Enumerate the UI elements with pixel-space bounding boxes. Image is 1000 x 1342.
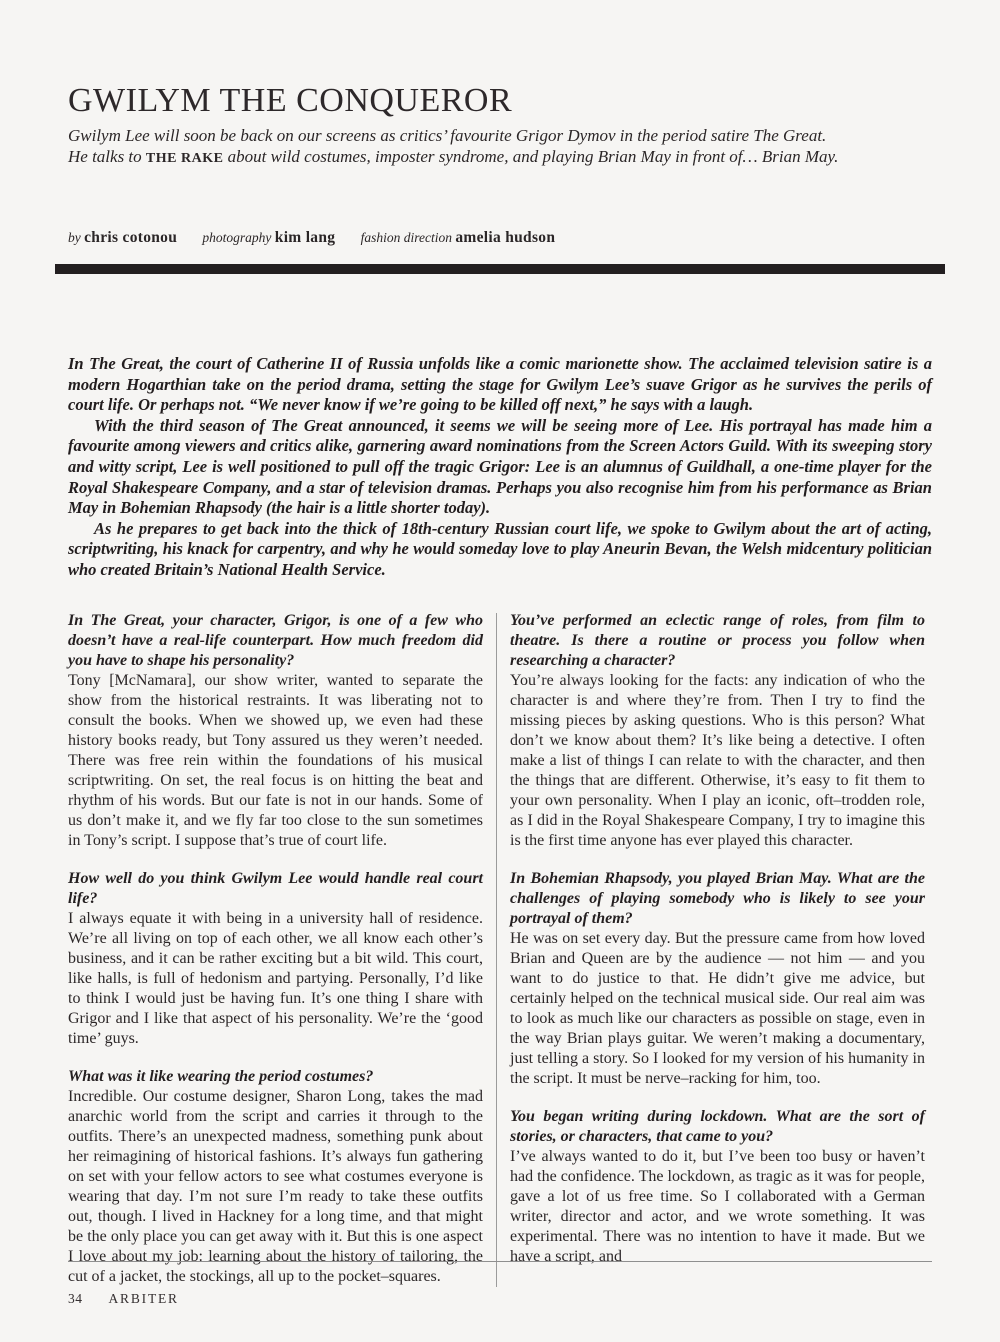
magazine-name: ARBITER bbox=[109, 1291, 179, 1306]
interview-question: You’ve performed an eclectic range of ro… bbox=[510, 611, 925, 671]
byline: by chris cotonou photography kim lang fa… bbox=[68, 229, 932, 247]
interview-answer: He was on set every day. But the pressur… bbox=[510, 929, 925, 1089]
thick-divider-rule bbox=[55, 264, 945, 274]
interview-answer: Incredible. Our costume designer, Sharon… bbox=[68, 1087, 483, 1287]
interview-answer: Tony [McNamara], our show writer, wanted… bbox=[68, 671, 483, 851]
intro-paragraph: As he prepares to get back into the thic… bbox=[68, 519, 932, 581]
column-divider-rule bbox=[496, 613, 497, 1287]
qa-columns: In The Great, your character, Grigor, is… bbox=[68, 611, 932, 1287]
byline-fashion-label: fashion direction bbox=[361, 230, 456, 245]
dek-line-2-pre: He talks to bbox=[68, 147, 146, 166]
dek-line-1: Gwilym Lee will soon be back on our scre… bbox=[68, 125, 932, 146]
page-content: GWILYM THE CONQUEROR Gwilym Lee will soo… bbox=[0, 84, 1000, 1287]
article-title: GWILYM THE CONQUEROR bbox=[68, 84, 932, 118]
qa-block: What was it like wearing the period cost… bbox=[68, 1067, 483, 1287]
qa-column-left: In The Great, your character, Grigor, is… bbox=[68, 611, 483, 1287]
intro-standfirst: In The Great, the court of Catherine II … bbox=[68, 354, 932, 581]
dek-line-2-post: about wild costumes, imposter syndrome, … bbox=[223, 147, 838, 166]
magazine-page: GWILYM THE CONQUEROR Gwilym Lee will soo… bbox=[0, 0, 1000, 1342]
qa-block: In Bohemian Rhapsody, you played Brian M… bbox=[510, 869, 925, 1089]
byline-by-label: by bbox=[68, 230, 84, 245]
byline-author-group: by chris cotonou bbox=[68, 230, 177, 245]
article-dek: Gwilym Lee will soon be back on our scre… bbox=[68, 125, 932, 169]
interview-question: How well do you think Gwilym Lee would h… bbox=[68, 869, 483, 909]
interview-question: In Bohemian Rhapsody, you played Brian M… bbox=[510, 869, 925, 929]
interview-answer: You’re always looking for the facts: any… bbox=[510, 671, 925, 851]
footer-folio: 34ARBITER bbox=[68, 1291, 179, 1307]
qa-column-right: You’ve performed an eclectic range of ro… bbox=[510, 611, 925, 1287]
qa-block: You began writing during lockdown. What … bbox=[510, 1107, 925, 1267]
qa-block: You’ve performed an eclectic range of ro… bbox=[510, 611, 925, 851]
magazine-brand-name: THE RAKE bbox=[146, 151, 224, 166]
intro-paragraph: In The Great, the court of Catherine II … bbox=[68, 354, 932, 416]
interview-answer: I’ve always wanted to do it, but I’ve be… bbox=[510, 1147, 925, 1267]
byline-photography-label: photography bbox=[202, 230, 274, 245]
qa-block: How well do you think Gwilym Lee would h… bbox=[68, 869, 483, 1049]
interview-answer: I always equate it with being in a unive… bbox=[68, 909, 483, 1049]
qa-block: In The Great, your character, Grigor, is… bbox=[68, 611, 483, 851]
byline-fashion-director-name: amelia hudson bbox=[455, 229, 555, 246]
byline-photographer-name: kim lang bbox=[275, 229, 336, 246]
interview-question: In The Great, your character, Grigor, is… bbox=[68, 611, 483, 671]
footer-rule bbox=[68, 1261, 932, 1262]
byline-fashion-group: fashion direction amelia hudson bbox=[361, 230, 556, 245]
interview-question: You began writing during lockdown. What … bbox=[510, 1107, 925, 1147]
byline-photography-group: photography kim lang bbox=[202, 230, 335, 245]
page-number: 34 bbox=[68, 1291, 83, 1306]
interview-question: What was it like wearing the period cost… bbox=[68, 1067, 483, 1087]
intro-paragraph: With the third season of The Great annou… bbox=[68, 416, 932, 519]
dek-line-2: He talks to THE RAKE about wild costumes… bbox=[68, 146, 932, 169]
byline-author-name: chris cotonou bbox=[84, 229, 177, 246]
